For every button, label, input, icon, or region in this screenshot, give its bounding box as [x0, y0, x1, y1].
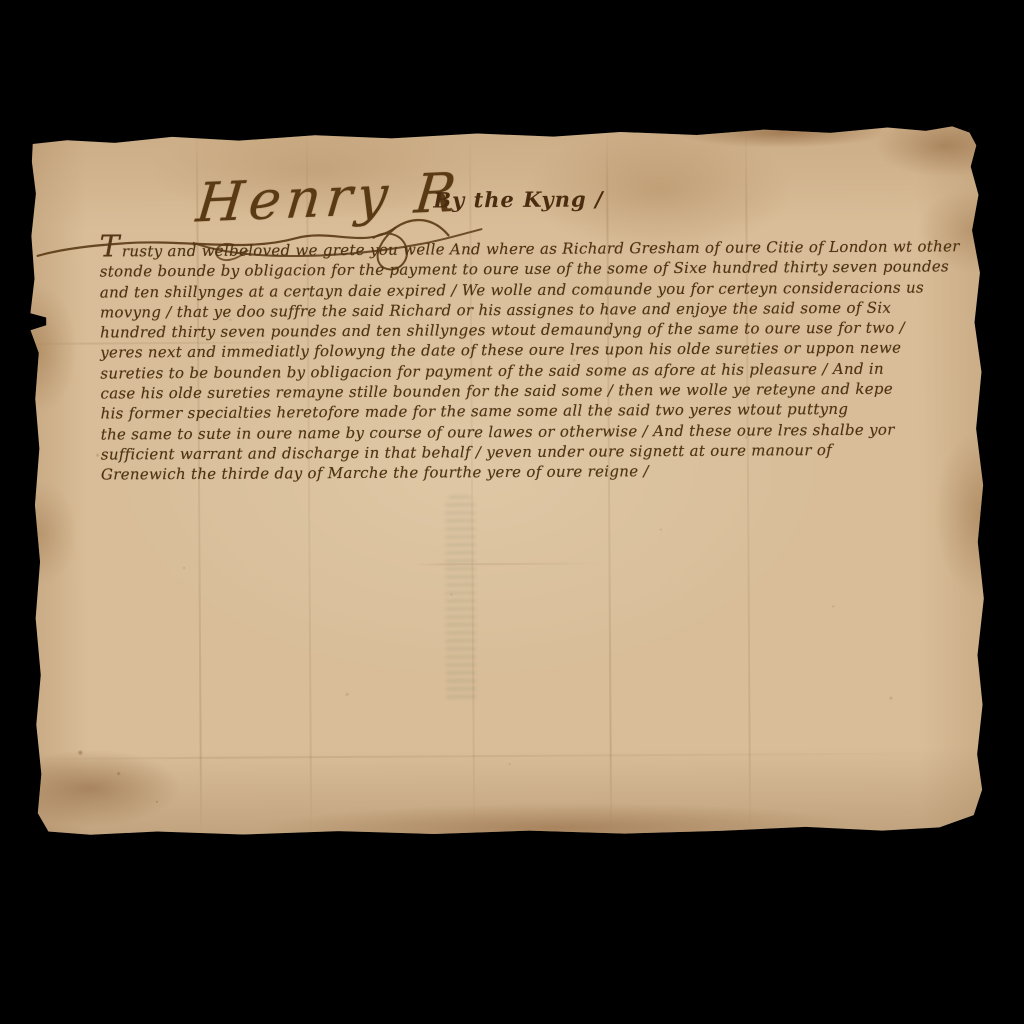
letter-body: Trusty and welbeloved we grete you welle…	[100, 236, 961, 485]
photo-background: Henry R By the Kyng / Trusty and welbelo…	[0, 0, 1024, 1024]
manuscript-page: Henry R By the Kyng / Trusty and welbelo…	[29, 124, 987, 838]
verso-show-through	[445, 495, 476, 703]
heading-by-the-king: By the Kyng /	[433, 186, 604, 212]
